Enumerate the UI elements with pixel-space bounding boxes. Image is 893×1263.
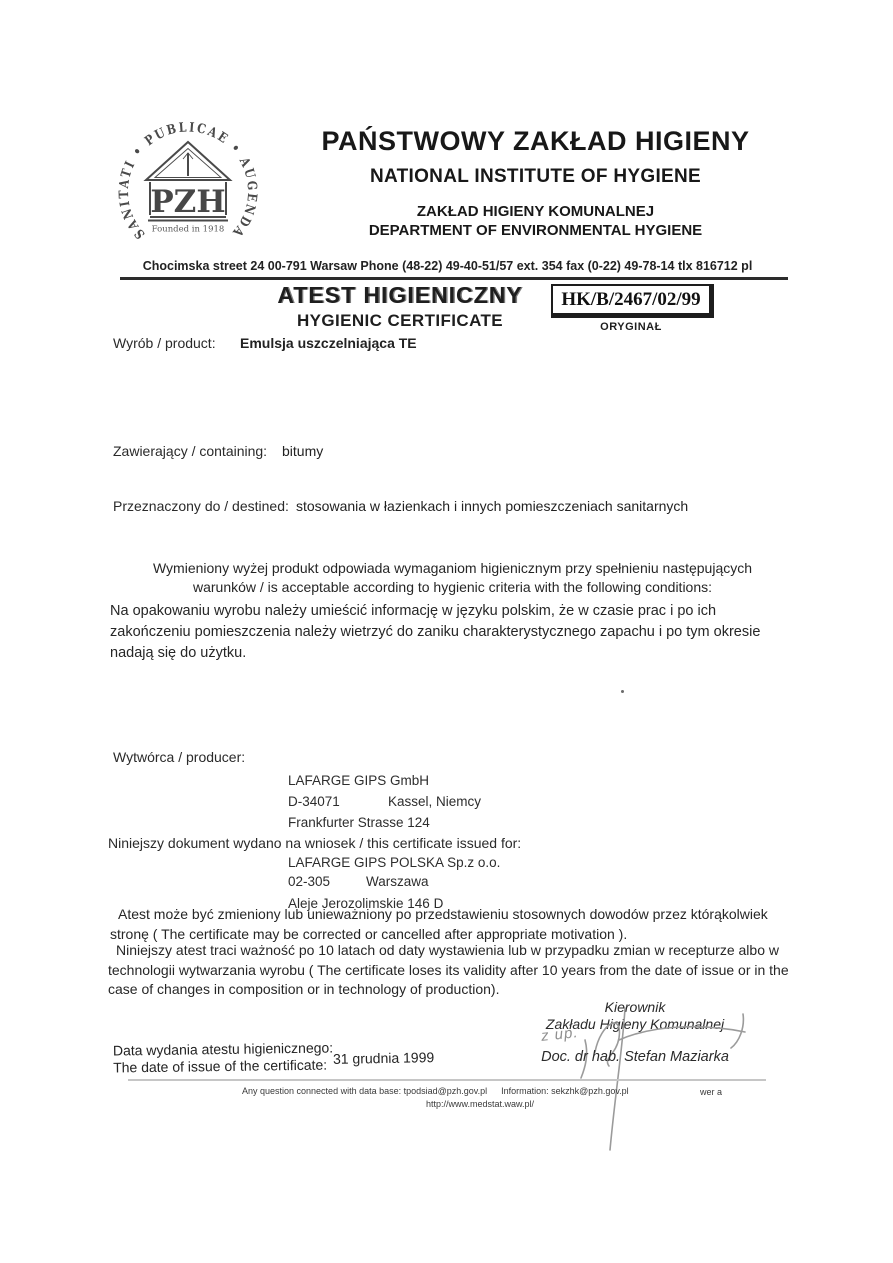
- signature-stroke: [565, 1000, 800, 1155]
- hygienic-certificate-document: SANITATI • PUBLICAE • AUGENDAE PZH Found…: [0, 0, 893, 1263]
- institute-name-pl: PAŃSTWOWY ZAKŁAD HIGIENY: [278, 126, 793, 157]
- issue-date-labels: Data wydania atestu higienicznego: The d…: [113, 1039, 334, 1076]
- certificate-title-block: ATEST HIGIENICZNY HYGIENIC CERTIFICATE: [190, 282, 610, 331]
- conditions-intro-line1: Wymieniony wyżej produkt odpowiada wymag…: [105, 559, 800, 578]
- applicant-city-line: 02-305Warszawa: [288, 872, 500, 891]
- producer-city-line: D-34071Kassel, Niemcy: [288, 791, 481, 812]
- letterhead: PAŃSTWOWY ZAKŁAD HIGIENY NATIONAL INSTIT…: [278, 126, 793, 239]
- producer-address: LAFARGE GIPS GmbH D-34071Kassel, Niemcy …: [288, 770, 481, 833]
- institute-name-en: NATIONAL INSTITUTE OF HYGIENE: [278, 166, 793, 188]
- footer-contact-line: Any question connected with data base: t…: [242, 1086, 629, 1096]
- applicant-city: Warszawa: [366, 874, 429, 889]
- footer-divider: [128, 1079, 766, 1081]
- producer-street: Frankfurter Strasse 124: [288, 812, 481, 833]
- conditions-intro: Wymieniony wyżej produkt odpowiada wymag…: [105, 559, 800, 597]
- seal-founded-text: Founded in 1918: [152, 225, 225, 235]
- footer-information-contact: Information: sekzhk@pzh.gov.pl: [501, 1086, 629, 1096]
- department-name-pl: ZAKŁAD HIGIENY KOMUNALNEJ: [278, 203, 793, 220]
- pzh-seal-logo: SANITATI • PUBLICAE • AUGENDAE PZH Found…: [112, 118, 264, 268]
- product-label: Wyrób / product:: [113, 335, 216, 351]
- product-value: Emulsja uszczelniająca TE: [240, 335, 417, 351]
- applicant-postal-code: 02-305: [288, 872, 366, 891]
- applicant-address: LAFARGE GIPS POLSKA Sp.z o.o. 02-305Wars…: [288, 853, 500, 913]
- producer-city: Kassel, Niemcy: [388, 794, 481, 809]
- certificate-title-pl: ATEST HIGIENICZNY: [190, 282, 610, 309]
- issue-date-value: 31 grudnia 1999: [333, 1049, 434, 1067]
- conditions-body: Na opakowaniu wyrobu należy umieścić inf…: [110, 601, 786, 664]
- legal-validity-paragraph: Niniejszy atest traci ważność po 10 lata…: [108, 941, 808, 1000]
- header-divider: [120, 277, 788, 280]
- destined-value: stosowania w łazienkach i innych pomiesz…: [296, 498, 688, 514]
- footer-url: http://www.medstat.waw.pl/: [370, 1099, 590, 1109]
- scan-artifact-dot: [621, 690, 624, 693]
- producer-label: Wytwórca / producer:: [113, 749, 245, 765]
- applicant-label: Niniejszy dokument wydano na wniosek / t…: [108, 835, 521, 851]
- certificate-number: HK/B/2467/02/99: [561, 289, 700, 311]
- footer-version: wer a: [700, 1087, 722, 1097]
- containing-value: bitumy: [282, 443, 323, 459]
- department-name-en: DEPARTMENT OF ENVIRONMENTAL HYGIENE: [278, 222, 793, 239]
- destined-label: Przeznaczony do / destined:: [113, 498, 289, 514]
- producer-name: LAFARGE GIPS GmbH: [288, 770, 481, 791]
- seal-acronym: PZH: [150, 184, 225, 220]
- footer-database-contact: Any question connected with data base: t…: [242, 1086, 487, 1096]
- issue-date-label-en: The date of issue of the certificate:: [113, 1056, 333, 1076]
- certificate-title-en: HYGIENIC CERTIFICATE: [190, 311, 610, 331]
- signatory-name: Doc. dr hab. Stefan Maziarka: [470, 1049, 800, 1065]
- legal-amendment-paragraph: Atest może być zmieniony lub unieważnion…: [110, 905, 798, 944]
- contact-address-line: Chocimska street 24 00-791 Warsaw Phone …: [50, 259, 845, 273]
- containing-label: Zawierający / containing:: [113, 443, 267, 459]
- applicant-name: LAFARGE GIPS POLSKA Sp.z o.o.: [288, 853, 500, 872]
- copy-type-label: ORYGINAŁ: [551, 321, 711, 333]
- producer-postal-code: D-34071: [288, 791, 388, 812]
- conditions-intro-line2: warunków / is acceptable according to hy…: [105, 578, 800, 597]
- certificate-number-box: HK/B/2467/02/99: [551, 284, 714, 318]
